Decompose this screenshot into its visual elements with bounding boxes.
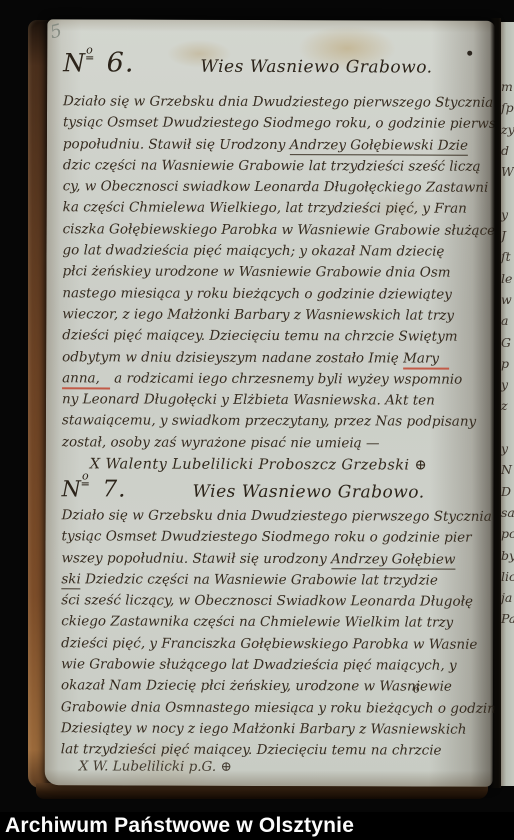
next-page-fragment: by — [501, 545, 514, 566]
handwritten-text: dzieści pięć, y Franciszka Gołębiewskieg… — [61, 635, 477, 652]
next-page-fragment: ja — [501, 587, 514, 608]
handwritten-text: Grabowie dnia Osmnastego miesiąca y roku… — [61, 699, 508, 717]
next-page-fragment: W — [501, 161, 514, 182]
ink-underlined-text: Andrzey Gołębiewski Dzie — [290, 137, 468, 156]
numero-superscript: o — [86, 43, 93, 59]
handwritten-text: ka części Chmielewa Wielkiego, lat trzyd… — [63, 200, 467, 217]
handwritten-text: Dziesiątey w nocy z iego Małżonki Barbar… — [61, 720, 467, 737]
text-line: dzic części na Wasniewie Grabowie lat tr… — [63, 155, 477, 178]
handwritten-text: ści sześć liczący, w Obecznosci Swiadkow… — [61, 592, 473, 609]
next-page-fragment: zy — [501, 119, 514, 140]
text-line: ckiego Zastawnika części na Chmielewie W… — [61, 612, 475, 635]
text-line: tysiąc Osmset Dwudziestego Siodmego roku… — [61, 527, 475, 550]
handwritten-text: nastego miesiąca y roku bieżących o godz… — [62, 285, 452, 302]
numero-superscript: o — [82, 469, 89, 485]
handwritten-text: cy, w Obecznosci swiadkow Leonarda Długo… — [63, 178, 489, 195]
text-line: ciszka Gołębiewskiego Parobka w Wasniewi… — [63, 219, 477, 242]
record-title: Wies Wasniewo Grabowo. — [192, 482, 424, 503]
text-line: ka części Chmielewa Wielkiego, lat trzyd… — [63, 198, 477, 221]
caption-bar: Archiwum Państwowe w Olsztynie — [0, 812, 514, 840]
text-line: dzieści pięć maiącey. Dziecięciu temu na… — [62, 326, 476, 349]
next-page-fragment: ſt — [501, 246, 514, 267]
next-page-fragment: J — [501, 225, 514, 246]
handwritten-text: ckiego Zastawnika części na Chmielewie W… — [61, 614, 453, 631]
text-line: został, osoby zaś wyrażone pisać nie umi… — [62, 432, 476, 455]
gutter-shadow — [490, 18, 501, 788]
handwritten-text: dzieści pięć maiącey. Dziecięciu temu na… — [62, 328, 457, 345]
text-line: wszey popołudniu. Stawił się urodzony An… — [61, 548, 475, 571]
record-number-value: 7. — [103, 476, 127, 502]
next-page-fragment: N — [501, 459, 514, 480]
text-line: Dziesiątey w nocy z iego Małżonki Barbar… — [61, 718, 475, 741]
handwritten-text: dzic części na Wasniewie Grabowie lat tr… — [63, 157, 481, 174]
handwritten-text: tysiąc Osmset Dwudziestego Siodmego roku… — [62, 529, 472, 546]
next-page-fragment: p — [501, 353, 514, 374]
text-line: tysiąc Osmset Dwudziestego Siodmego roku… — [63, 113, 477, 136]
page-number-pencil: 5 — [48, 20, 64, 43]
record-heading-6: No 6. Wies Wasniewo Grabowo. — [63, 47, 433, 79]
next-page-fragment: y — [501, 204, 514, 225]
text-line: nastego miesiąca y roku bieżących o godz… — [62, 283, 476, 306]
book-scan-photo: 5 No 6. Wies Wasniewo Grabowo. Działo si… — [0, 0, 514, 812]
text-line: Działo się w Grzebsku dnia Dwudziestego … — [63, 91, 477, 114]
next-page-fragment: G — [501, 332, 514, 353]
handwritten-text: ciszka Gołębiewskiego Parobka w Wasniewi… — [63, 221, 496, 239]
handwritten-text: Działo się w Grzebsku dnia Dwudziestego … — [62, 507, 492, 525]
red-underlined-text: Mary — [403, 350, 449, 369]
text-line: anna, a rodzicami iego chrzesnemy byli w… — [62, 368, 476, 391]
record-title: Wies Wasniewo Grabowo. — [200, 57, 432, 78]
next-page-fragment — [501, 672, 514, 693]
handwritten-text: wie Grabowie służącego lat Dwadzieścia p… — [61, 656, 457, 673]
ink-blot-dot — [467, 51, 472, 56]
next-page-fragment: Pa — [501, 608, 514, 629]
next-page-fragments: mſpzydWyJſtlewaGpyzyNDsapobylicjaPa — [503, 76, 514, 736]
record-number: No — [63, 48, 93, 77]
handwritten-text: stawaiącemu, y swiadkom przeczytany, prz… — [62, 413, 476, 430]
text-line: go lat dwadzieścia pięć maiących; y okaz… — [62, 240, 476, 263]
next-page-fragment: a — [501, 310, 514, 331]
text-line: ści sześć liczący, w Obecznosci Swiadkow… — [61, 590, 475, 613]
handwritten-text: płci żeńskiey urodzone w Wasniewie Grabo… — [62, 264, 450, 281]
handwritten-text: lat trzydzieści pięć maiącey. Dziecięciu… — [61, 742, 442, 759]
next-page-fragment — [501, 630, 514, 651]
text-line: cy, w Obecznosci swiadkow Leonarda Długo… — [63, 176, 477, 199]
text-line: wieczor, z iego Małżonki Barbary z Wasni… — [62, 304, 476, 327]
text-line: stawaiącemu, y swiadkom przeczytany, prz… — [62, 411, 476, 434]
next-page-fragment: m — [501, 76, 514, 97]
handwritten-text: okazał Nam Dziecię płci żeńskiey, urodzo… — [61, 678, 452, 695]
text-line: ski Dziedzic części na Wasniewie Grabowi… — [61, 569, 475, 592]
priest-signature: X W. Lubelilicki p.G. ⊕ — [79, 758, 232, 775]
text-line: Działo się w Grzebsku dnia Dwudziestego … — [62, 505, 476, 528]
record-number-value: 6. — [107, 47, 135, 78]
text-line: wie Grabowie służącego lat Dwadzieścia p… — [61, 654, 475, 677]
ink-underlined-text: Andrzey Gołębiew — [331, 551, 455, 569]
handwritten-text: ny Leonard Długołęcki y Elżbieta Wasniew… — [62, 391, 435, 408]
handwritten-text: odbytym w dniu dzisieyszym nadane został… — [62, 349, 403, 366]
book-page: 5 No 6. Wies Wasniewo Grabowo. Działo si… — [45, 19, 496, 787]
next-page-fragment: le — [501, 268, 514, 289]
handwritten-text: wieczor, z iego Małżonki Barbary z Wasni… — [62, 306, 454, 323]
next-page-fragment: y — [501, 438, 514, 459]
record-body-6: Działo się w Grzebsku dnia Dwudziestego … — [62, 91, 477, 454]
correction-superscript: 6 — [413, 683, 420, 696]
record-heading-7: No 7. Wies Wasniewo Grabowo. — [62, 476, 425, 503]
next-page-fragment: po — [501, 523, 514, 544]
next-page-fragment — [501, 651, 514, 672]
text-line: dzieści pięć, y Franciszka Gołębiewskieg… — [61, 633, 475, 656]
handwritten-text: Dziedzic części na Wasniewie Grabowie la… — [81, 571, 438, 588]
archive-caption: Archiwum Państwowe w Olsztynie — [0, 814, 354, 838]
handwritten-text: Działo się w Grzebsku dnia Dwudziestego … — [63, 93, 493, 111]
next-page-fragment: y — [501, 374, 514, 395]
next-page-fragment: lic — [501, 566, 514, 587]
handwritten-text: popołudniu. Stawił się Urodzony — [63, 136, 290, 153]
record-number: No — [62, 477, 89, 502]
text-line: płci żeńskiey urodzone w Wasniewie Grabo… — [62, 262, 476, 285]
handwritten-text: go lat dwadzieścia pięć maiących; y okaz… — [63, 242, 445, 259]
handwritten-text: wszey popołudniu. Stawił się urodzony — [61, 550, 331, 567]
handwritten-text: a rodzicami iego chrzesnemy byli wyżey w… — [110, 370, 462, 387]
next-page-fragment: sa — [501, 502, 514, 523]
next-page-fragment: z — [501, 395, 514, 416]
next-page-fragment: D — [501, 481, 514, 502]
handwritten-text: został, osoby zaś wyrażone pisać nie umi… — [62, 434, 380, 451]
next-page-fragment: w — [501, 289, 514, 310]
text-line: odbytym w dniu dzisieyszym nadane został… — [62, 347, 476, 370]
next-page-fragment: ſp — [501, 97, 514, 118]
next-page-fragment — [501, 182, 514, 203]
next-page-fragment — [501, 715, 514, 736]
next-page-fragment — [501, 417, 514, 438]
next-page-fragment — [501, 694, 514, 715]
text-line: Grabowie dnia Osmnastego miesiąca y roku… — [61, 697, 475, 720]
next-page-fragment: d — [501, 140, 514, 161]
priest-signature: X Walenty Lubelilicki Proboszcz Grzebski… — [90, 456, 427, 473]
text-line: popołudniu. Stawił się Urodzony Andrzey … — [63, 134, 477, 157]
ink-underlined-text: ski — [61, 571, 81, 589]
red-underlined-text: anna, — [62, 370, 110, 389]
next-page-sliver: mſpzydWyJſtlewaGpyzyNDsapobylicjaPa — [501, 22, 514, 786]
text-line: ny Leonard Długołęcki y Elżbieta Wasniew… — [62, 389, 476, 412]
record-body-7: Działo się w Grzebsku dnia Dwudziestego … — [61, 505, 476, 762]
handwritten-text: tysiąc Osmset Dwudziestego Siodmego roku… — [63, 115, 514, 133]
